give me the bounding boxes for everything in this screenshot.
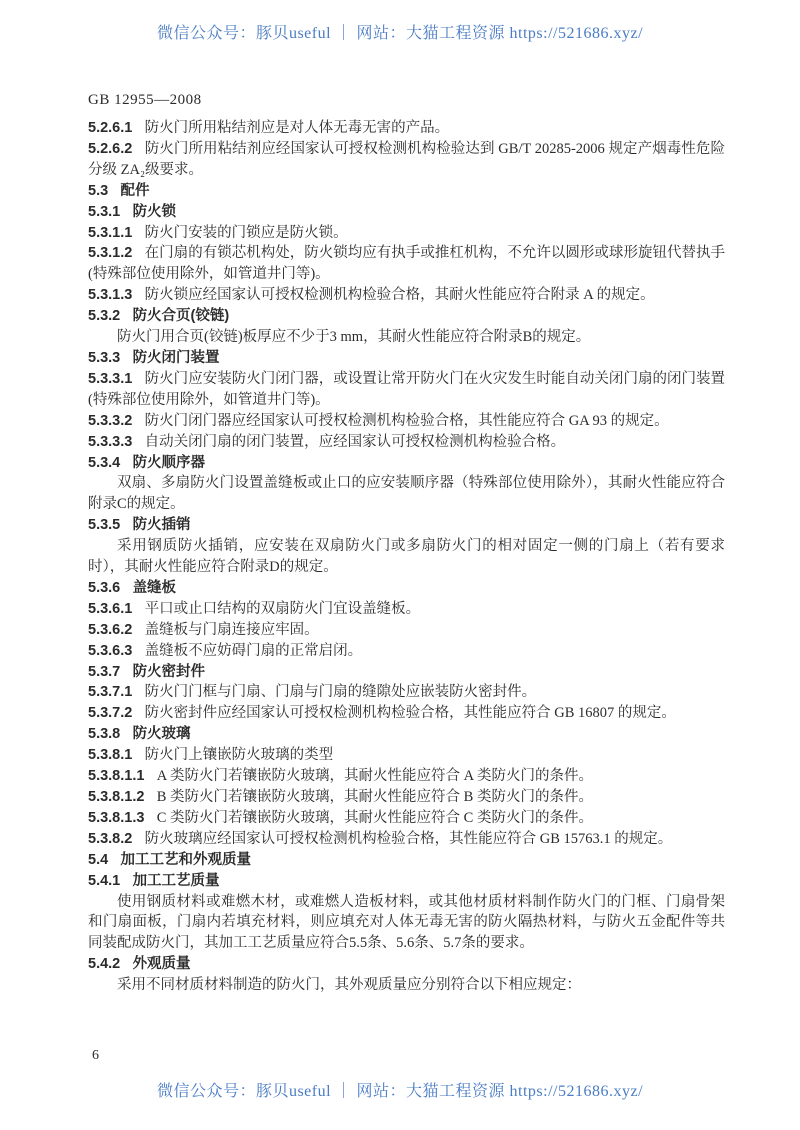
document-body: 5.2.6.1防火门所用粘结剂应是对人体无毒无害的产品。 5.2.6.2防火门所… [88, 118, 725, 996]
clause-number: 5.3.1.1 [88, 225, 132, 241]
document-line: 5.2.6.2防火门所用粘结剂应经国家认可授权检测机构检验达到 GB/T 202… [88, 139, 725, 181]
clause-number: 5.4.2 [88, 956, 120, 972]
document-line: 5.3.8.1.3C 类防火门若镶嵌防火玻璃，其耐火性能应符合 C 类防火门的条… [88, 808, 725, 829]
clause-number: 5.3.6.1 [88, 601, 132, 617]
document-line: 5.2.6.1防火门所用粘结剂应是对人体无毒无害的产品。 [88, 118, 725, 139]
footer-watermark: 微信公众号：豚贝useful ｜ 网站：大猫工程资源 https://52168… [0, 1078, 800, 1101]
clause-text: 防火玻璃 [133, 726, 191, 742]
document-line: 5.3.6盖缝板 [88, 578, 725, 599]
clause-text: 盖缝板与门扇连接应牢固。 [145, 622, 319, 638]
clause-number: 5.3.8.1.3 [88, 810, 144, 826]
document-line: 5.3.5防火插销 [88, 515, 725, 536]
clause-text: 平口或止口结构的双扇防火门宜设盖缝板。 [145, 601, 421, 617]
clause-text: 双扇、多扇防火门设置盖缝板或止口的应安装顺序器（特殊部位使用除外），其耐火性能应… [88, 475, 725, 512]
clause-number: 5.2.6.1 [88, 120, 132, 136]
clause-number: 5.3.1 [88, 204, 120, 220]
document-line: 5.3.3.2防火门闭门器应经国家认可授权检测机构检验合格，其性能应符合 GA … [88, 411, 725, 432]
clause-text: 加工工艺质量 [133, 873, 220, 889]
clause-text: 防火门上镶嵌防火玻璃的类型 [145, 747, 334, 763]
document-line: 5.3.3.1防火门应安装防火门闭门器，或设置让常开防火门在火灾发生时能自动关闭… [88, 369, 725, 411]
clause-number: 5.3.8.1 [88, 747, 132, 763]
document-line: 5.3.6.2盖缝板与门扇连接应牢固。 [88, 620, 725, 641]
clause-text: 防火门用合页(铰链)板厚应不少于3 mm，其耐火性能应符合附录B的规定。 [117, 329, 590, 345]
document-line: 5.3.8.1防火门上镶嵌防火玻璃的类型 [88, 745, 725, 766]
document-line: 5.3.6.1平口或止口结构的双扇防火门宜设盖缝板。 [88, 599, 725, 620]
clause-text: C 类防火门若镶嵌防火玻璃，其耐火性能应符合 C 类防火门的条件。 [157, 810, 593, 826]
clause-text: B 类防火门若镶嵌防火玻璃，其耐火性能应符合 B 类防火门的条件。 [157, 789, 593, 805]
clause-text: 盖缝板 [133, 580, 177, 596]
clause-number: 5.3.8.1.1 [88, 768, 144, 784]
header-watermark: 微信公众号：豚贝useful ｜ 网站：大猫工程资源 https://52168… [0, 20, 800, 43]
clause-text: 防火密封件应经国家认可授权检测机构检验合格，其性能应符合 GB 16807 的规… [145, 705, 676, 721]
doc-code: GB 12955—2008 [88, 92, 202, 109]
clause-number: 5.3.7.1 [88, 684, 132, 700]
document-line: 5.3配件 [88, 181, 725, 202]
clause-number: 5.3.2 [88, 308, 120, 324]
clause-text: 防火顺序器 [133, 455, 206, 471]
document-line: 采用钢质防火插销，应安装在双扇防火门或多扇防火门的相对固定一侧的门扇上（若有要求… [88, 536, 725, 578]
document-line: 5.3.8.1.1A 类防火门若镶嵌防火玻璃，其耐火性能应符合 A 类防火门的条… [88, 766, 725, 787]
clause-number: 5.3.8.2 [88, 831, 132, 847]
document-line: 5.3.7防火密封件 [88, 662, 725, 683]
clause-number: 5.3.8 [88, 726, 120, 742]
clause-text: 加工工艺和外观质量 [120, 852, 251, 868]
document-line: 5.3.1.3防火锁应经国家认可授权检测机构检验合格，其耐火性能应符合附录 A … [88, 285, 725, 306]
clause-number: 5.3.3 [88, 350, 120, 366]
clause-number: 5.3.6.3 [88, 643, 132, 659]
clause-text: 防火插销 [133, 517, 191, 533]
clause-number: 5.3.7 [88, 664, 120, 680]
clause-text: 防火门安装的门锁应是防火锁。 [145, 225, 348, 241]
clause-number: 5.3 [88, 183, 108, 199]
clause-number: 5.3.1.2 [88, 245, 132, 261]
clause-text: 自动关闭门扇的闭门装置，应经国家认可授权检测机构检验合格。 [145, 434, 566, 450]
clause-number: 5.3.3.3 [88, 434, 132, 450]
clause-number: 5.3.8.1.2 [88, 789, 144, 805]
clause-number: 5.3.3.2 [88, 413, 132, 429]
document-line: 5.3.7.2防火密封件应经国家认可授权检测机构检验合格，其性能应符合 GB 1… [88, 703, 725, 724]
document-line: 5.4加工工艺和外观质量 [88, 850, 725, 871]
clause-number: 5.3.4 [88, 455, 120, 471]
document-line: 5.3.7.1防火门门框与门扇、门扇与门扇的缝隙处应嵌装防火密封件。 [88, 682, 725, 703]
clause-text: 盖缝板不应妨碍门扇的正常启闭。 [145, 643, 363, 659]
document-line: 5.4.2外观质量 [88, 954, 725, 975]
clause-text: 外观质量 [133, 956, 191, 972]
document-line: 5.3.3防火闭门装置 [88, 348, 725, 369]
document-page: 微信公众号：豚贝useful ｜ 网站：大猫工程资源 https://52168… [0, 0, 800, 1130]
clause-text: 采用不同材质材料制造的防火门，其外观质量应分别符合以下相应规定： [117, 977, 581, 993]
clause-text: 配件 [120, 183, 149, 199]
clause-number: 5.3.3.1 [88, 371, 132, 387]
clause-text: 防火合页(铰链) [133, 308, 230, 324]
document-line: 防火门用合页(铰链)板厚应不少于3 mm，其耐火性能应符合附录B的规定。 [88, 327, 725, 348]
document-line: 5.3.8.1.2B 类防火门若镶嵌防火玻璃，其耐火性能应符合 B 类防火门的条… [88, 787, 725, 808]
clause-text: 防火门所用粘结剂应经国家认可授权检测机构检验达到 GB/T 20285-2006… [88, 141, 725, 178]
document-line: 5.3.8防火玻璃 [88, 724, 725, 745]
clause-number: 5.3.6 [88, 580, 120, 596]
document-line: 双扇、多扇防火门设置盖缝板或止口的应安装顺序器（特殊部位使用除外），其耐火性能应… [88, 473, 725, 515]
document-line: 5.3.1.2在门扇的有锁芯机构处，防火锁均应有执手或推杠机构，不允许以圆形或球… [88, 243, 725, 285]
clause-text: 防火闭门装置 [133, 350, 220, 366]
clause-text: 防火门闭门器应经国家认可授权检测机构检验合格，其性能应符合 GA 93 的规定。 [145, 413, 669, 429]
document-line: 5.3.1防火锁 [88, 202, 725, 223]
document-line: 5.3.4防火顺序器 [88, 453, 725, 474]
document-line: 5.3.1.1防火门安装的门锁应是防火锁。 [88, 223, 725, 244]
clause-text: 防火门门框与门扇、门扇与门扇的缝隙处应嵌装防火密封件。 [145, 684, 537, 700]
page-number: 6 [92, 1048, 99, 1064]
document-line: 5.3.3.3自动关闭门扇的闭门装置，应经国家认可授权检测机构检验合格。 [88, 432, 725, 453]
clause-number: 5.4.1 [88, 873, 120, 889]
document-line: 5.4.1加工工艺质量 [88, 871, 725, 892]
clause-number: 5.4 [88, 852, 108, 868]
document-line: 使用钢质材料或难燃木材，或难燃人造板材料，或其他材质材料制作防火门的门框、门扇骨… [88, 892, 725, 955]
clause-text: 防火门所用粘结剂应是对人体无毒无害的产品。 [145, 120, 450, 136]
clause-text: 在门扇的有锁芯机构处，防火锁均应有执手或推杠机构，不允许以圆形或球形旋钮代替执手… [88, 245, 725, 282]
clause-number: 5.3.6.2 [88, 622, 132, 638]
clause-text: 采用钢质防火插销，应安装在双扇防火门或多扇防火门的相对固定一侧的门扇上（若有要求… [88, 538, 725, 575]
document-line: 采用不同材质材料制造的防火门，其外观质量应分别符合以下相应规定： [88, 975, 725, 996]
clause-text: 使用钢质材料或难燃木材，或难燃人造板材料，或其他材质材料制作防火门的门框、门扇骨… [88, 894, 725, 952]
clause-text: 防火锁 [133, 204, 177, 220]
clause-number: 5.3.7.2 [88, 705, 132, 721]
clause-text: A 类防火门若镶嵌防火玻璃，其耐火性能应符合 A 类防火门的条件。 [157, 768, 593, 784]
clause-number: 5.3.5 [88, 517, 120, 533]
clause-text: 防火密封件 [133, 664, 206, 680]
clause-text: 防火锁应经国家认可授权检测机构检验合格，其耐火性能应符合附录 A 的规定。 [145, 287, 655, 303]
document-line: 5.3.8.2防火玻璃应经国家认可授权检测机构检验合格，其性能应符合 GB 15… [88, 829, 725, 850]
document-line: 5.3.6.3盖缝板不应妨碍门扇的正常启闭。 [88, 641, 725, 662]
clause-number: 5.3.1.3 [88, 287, 132, 303]
clause-text: 防火玻璃应经国家认可授权检测机构检验合格，其性能应符合 GB 15763.1 的… [145, 831, 673, 847]
clause-text: 防火门应安装防火门闭门器，或设置让常开防火门在火灾发生时能自动关闭门扇的闭门装置… [88, 371, 725, 408]
document-line: 5.3.2防火合页(铰链) [88, 306, 725, 327]
clause-number: 5.2.6.2 [88, 141, 132, 157]
